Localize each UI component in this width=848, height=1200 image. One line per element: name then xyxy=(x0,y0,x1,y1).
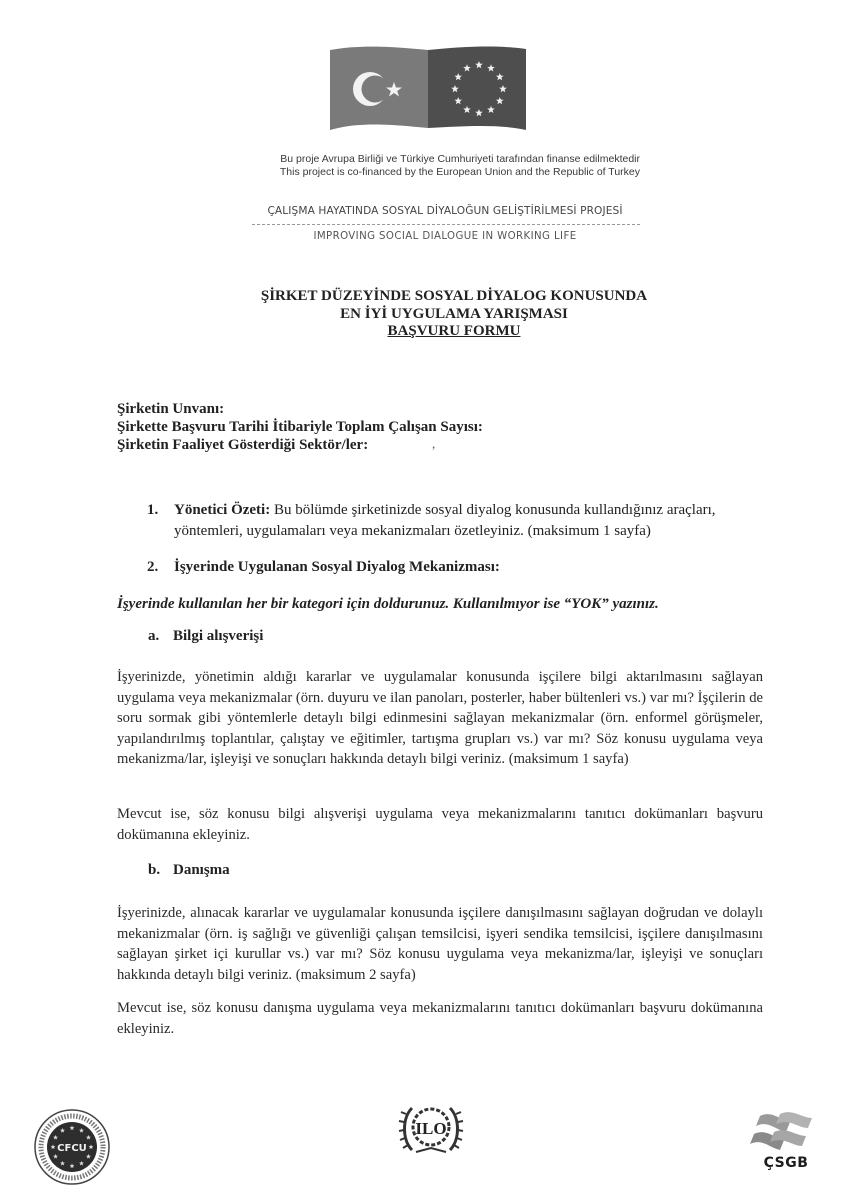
form-title-line-3: BAŞVURU FORMU xyxy=(30,322,848,340)
form-title-line-1: ŞİRKET DÜZEYİNDE SOSYAL DİYALOG KONUSUND… xyxy=(30,287,848,305)
section-number: 2. xyxy=(147,557,174,578)
section-executive-summary: 1. Yönetici Özeti: Bu bölümde şirketiniz… xyxy=(147,500,767,542)
form-title-line-2: EN İYİ UYGULAMA YARIŞMASI xyxy=(30,305,848,323)
fill-instruction: İşyerinde kullanılan her bir kategori iç… xyxy=(117,596,659,613)
turkey-eu-flags xyxy=(328,44,528,134)
section-heading: İşyerinde Uygulanan Sosyal Diyalog Mekan… xyxy=(174,559,500,575)
ilo-logo-icon: ILO xyxy=(398,1100,464,1158)
section-dialogue-mechanism: 2.İşyerinde Uygulanan Sosyal Diyalog Mek… xyxy=(147,557,500,578)
information-exchange-description: İşyerinizde, yönetimin aldığı kararlar v… xyxy=(117,667,763,770)
information-exchange-attachment-note: Mevcut ise, söz konusu bilgi alışverişi … xyxy=(117,804,763,845)
consultation-description: İşyerinizde, alınacak kararlar ve uygula… xyxy=(117,903,763,985)
project-divider xyxy=(252,224,640,225)
turkey-flag-icon xyxy=(330,47,428,130)
subsection-consultation: b.Danışma xyxy=(148,862,230,879)
section-number: 1. xyxy=(147,500,158,521)
subsection-information-exchange: a.Bilgi alışverişi xyxy=(148,628,263,645)
cfcu-logo-icon: CFCU xyxy=(33,1108,111,1186)
company-name-label: Şirketin Unvanı: xyxy=(117,400,224,418)
csgb-label: ÇSGB xyxy=(748,1155,824,1171)
consultation-attachment-note: Mevcut ise, söz konusu danışma uygulama … xyxy=(117,998,763,1039)
subsection-letter: b. xyxy=(148,862,173,879)
csgb-logo-icon xyxy=(750,1108,820,1158)
subsection-letter: a. xyxy=(148,628,173,645)
employee-count-label: Şirkette Başvuru Tarihi İtibariyle Topla… xyxy=(117,418,483,436)
sector-label: Şirketin Faaliyet Gösterdiği Sektör/ler: xyxy=(117,436,368,454)
sector-value: , xyxy=(432,436,435,452)
eu-flag-icon xyxy=(428,46,526,130)
subsection-heading: Bilgi alışverişi xyxy=(173,628,263,644)
project-title-tr: ÇALIŞMA HAYATINDA SOSYAL DİYALOĞUN GELİŞ… xyxy=(250,205,640,217)
project-title-en: IMPROVING SOCIAL DIALOGUE IN WORKING LIF… xyxy=(250,231,640,242)
svg-text:ILO: ILO xyxy=(415,1119,446,1138)
funding-statement-tr: Bu proje Avrupa Birliği ve Türkiye Cumhu… xyxy=(250,153,640,165)
section-heading: Yönetici Özeti: xyxy=(174,502,270,518)
svg-text:CFCU: CFCU xyxy=(57,1143,87,1154)
funding-statement-en: This project is co-financed by the Europ… xyxy=(250,166,640,178)
subsection-heading: Danışma xyxy=(173,862,230,878)
